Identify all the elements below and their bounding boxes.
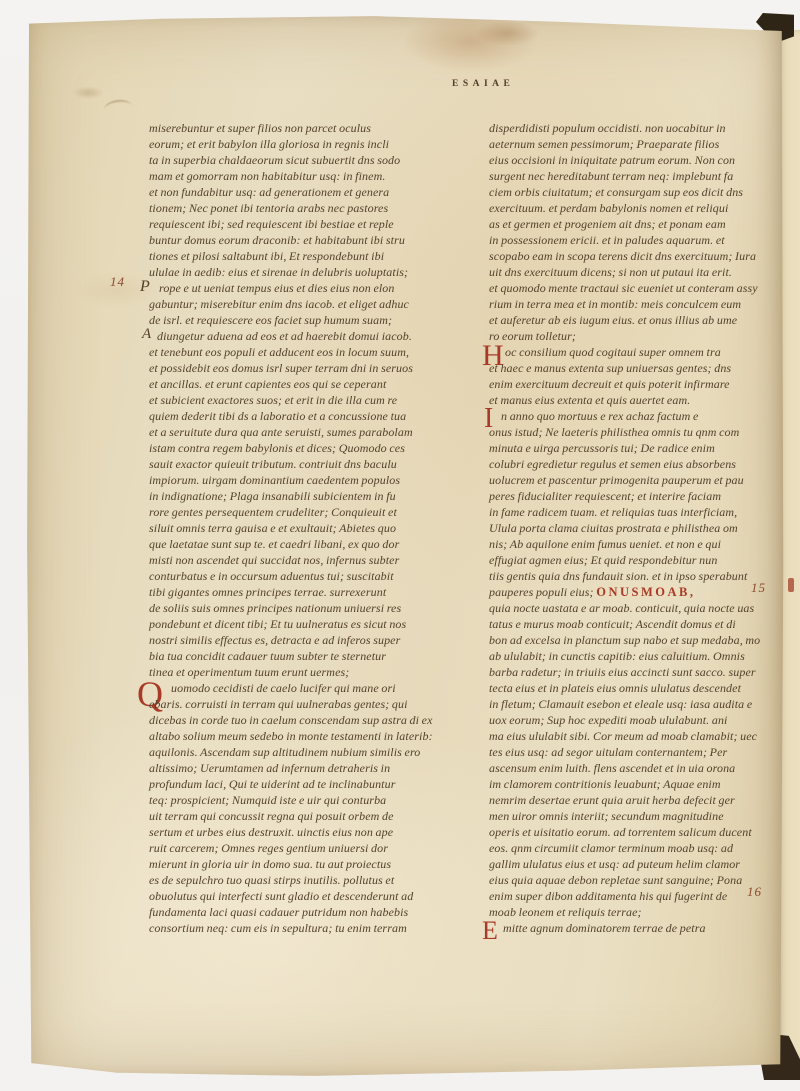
line-text: eos. qnm circumiit clamor terminum moab … <box>489 841 733 855</box>
manuscript-line: mam et gomorram non habitabitur usq: in … <box>149 168 485 184</box>
manuscript-line: quia nocte uastata e ar moab. conticuit,… <box>489 600 800 616</box>
line-text: uox eorum; Sup hoc expediti moab ululabu… <box>489 713 728 727</box>
manuscript-line: minuta e uirga percussoris tui; De radic… <box>489 440 800 456</box>
manuscript-line: in possessionem ericii. et in paludes aq… <box>489 232 800 248</box>
manuscript-line: men uiror omnis interiit; secundum magni… <box>489 808 800 824</box>
manuscript-line: ruit carcerem; Omnes reges gentium uniue… <box>149 840 485 856</box>
line-text: colubri egredietur regulus et semen eius… <box>489 457 736 471</box>
manuscript-line: onus istud; Ne laeteris philisthea omnis… <box>489 424 800 440</box>
manuscript-line: conturbatus e in occursum aduentus tui; … <box>149 568 485 584</box>
line-text: ma eius ululabit sibi. Cor meum ad moab … <box>489 729 757 743</box>
line-text: rore gentes persequentem crudeliter; Con… <box>149 505 397 519</box>
line-text: uit dns exercituum dicens; si non ut put… <box>489 265 732 279</box>
line-text: de isrl. et requiescere eos faciet sup h… <box>149 313 392 327</box>
drop-initial-p: P <box>140 279 150 295</box>
line-text: rope e ut ueniat tempus eius et dies eiu… <box>159 281 395 295</box>
line-text: mierunt in gloria uir in domo sua. tu au… <box>149 857 391 871</box>
manuscript-line: colubri egredietur regulus et semen eius… <box>489 456 800 472</box>
line-text: nis; Ab aquilone enim fumus ueniet. et n… <box>489 537 721 551</box>
manuscript-line: mierunt in gloria uir in domo sua. tu au… <box>149 856 485 872</box>
line-text: eius occisioni in iniquitate patrum eoru… <box>489 153 735 167</box>
running-header: ESAIAE <box>452 79 514 89</box>
manuscript-line: et a seruitute dura qua ante seruisti, s… <box>149 424 485 440</box>
manuscript-line: in indignatione; Plaga insanabili subici… <box>149 488 485 504</box>
line-text: pondebunt et dicent tibi; Et tu uulnerat… <box>149 617 406 631</box>
line-text: ruit carcerem; Omnes reges gentium uniue… <box>149 841 388 855</box>
line-text: n anno quo mortuus e rex achaz factum e <box>501 409 698 423</box>
line-text: in fame radicem tuam. et reliquias tuas … <box>489 505 737 519</box>
line-text: tionem; Nec ponet ibi tentoria arabs nec… <box>149 201 388 215</box>
manuscript-line: Hoc consilium quod cogitaui super omnem … <box>489 344 800 360</box>
manuscript-line: sauit exactor quieuit tributum. contriui… <box>149 456 485 472</box>
line-text: aeternum semen pessimorum; Praeparate fi… <box>489 137 719 151</box>
manuscript-line: nostri similis effectus es, detracta e a… <box>149 632 485 648</box>
manuscript-line: et subicient exactores suos; et erit in … <box>149 392 485 408</box>
manuscript-line: exercituum. et perdam babylonis nomen et… <box>489 200 800 216</box>
line-text: enim super dibon additamenta his qui fug… <box>489 889 727 903</box>
line-text: onus istud; Ne laeteris philisthea omnis… <box>489 425 739 439</box>
line-text: ebaris. corruisti in terram qui uulnerab… <box>149 697 408 711</box>
manuscript-line: ululae in aedib: eius et sirenae in delu… <box>149 264 485 280</box>
line-text: tiis gentis quia dns fundauit sion. et i… <box>489 569 747 583</box>
line-text: minuta e uirga percussoris tui; De radic… <box>489 441 715 455</box>
line-text: enim exercituum decreuit et quis poterit… <box>489 377 730 391</box>
manuscript-line: uit dns exercituum dicens; si non ut put… <box>489 264 800 280</box>
line-text: operis et uisitatio eorum. ad torrentem … <box>489 825 752 839</box>
line-text: altabo solium meum sedebo in monte testa… <box>149 729 433 743</box>
manuscript-line: Emitte agnum dominatorem terrae de petra <box>489 920 800 936</box>
manuscript-line: Quomodo cecidisti de caelo lucifer qui m… <box>149 680 485 696</box>
manuscript-line: altabo solium meum sedebo in monte testa… <box>149 728 485 744</box>
manuscript-line: uox eorum; Sup hoc expediti moab ululabu… <box>489 712 800 728</box>
manuscript-line: disperdidisti populum occidisti. non uoc… <box>489 120 800 136</box>
manuscript-line: obuolutus qui interfecti sunt gladio et … <box>149 888 485 904</box>
manuscript-line: eius occisioni in iniquitate patrum eoru… <box>489 152 800 168</box>
manuscript-line: misti non ascendet qui succidat nos, inf… <box>149 552 485 568</box>
manuscript-line: istam contra regem babylonis et dices; Q… <box>149 440 485 456</box>
line-text: rium in terra mea et in montib: meis con… <box>489 297 741 311</box>
line-text: tatus e murus moab conticuit; Ascendit d… <box>489 617 736 631</box>
line-text: eius quia aquae debon repletae sunt sang… <box>489 873 742 887</box>
manuscript-line: que laetatae sunt sup te. et caedri liba… <box>149 536 485 552</box>
line-text: in fletum; Clamauit esebon et eleale usq… <box>489 697 752 711</box>
line-text: miserebuntur et super filios non parcet … <box>149 121 371 135</box>
manuscript-line: Prope e ut ueniat tempus eius et dies ei… <box>149 280 485 296</box>
line-text: men uiror omnis interiit; secundum magni… <box>489 809 724 823</box>
manuscript-line: nis; Ab aquilone enim fumus ueniet. et n… <box>489 536 800 552</box>
manuscript-line: effugiat agmen eius; Et quid respondebit… <box>489 552 800 568</box>
line-text: quia nocte uastata e ar moab. conticuit,… <box>489 601 754 615</box>
line-text: tecta eius et in plateis eius omnis ulul… <box>489 681 741 695</box>
manuscript-line: in fame radicem tuam. et reliquias tuas … <box>489 504 800 520</box>
manuscript-line: in fletum; Clamauit esebon et eleale usq… <box>489 696 800 712</box>
line-text: uolucrem et pascentur primogenita pauper… <box>489 473 744 487</box>
line-text: misti non ascendet qui succidat nos, inf… <box>149 553 399 567</box>
line-text: gabuntur; miserebitur enim dns iacob. et… <box>149 297 409 311</box>
line-text: im clamorem contritionis leuabunt; Aquae… <box>489 777 721 791</box>
manuscript-line: In anno quo mortuus e rex achaz factum e <box>489 408 800 424</box>
line-text: surgent nec hereditabunt terram neq: imp… <box>489 169 733 183</box>
line-text: et possidebit eos domus isrl super terra… <box>149 361 413 375</box>
manuscript-line: et auferetur ab eis iugum eius. et onus … <box>489 312 800 328</box>
manuscript-line: Ulula porta clama ciuitas prostrata e ph… <box>489 520 800 536</box>
line-text: impiorum. uirgam dominantium caedentem p… <box>149 473 400 487</box>
line-text: teq: prospicient; Numquid iste e uir qui… <box>149 793 386 807</box>
manuscript-line: teq: prospicient; Numquid iste e uir qui… <box>149 792 485 808</box>
manuscript-line: ciem orbis ciuitatum; et consurgam sup e… <box>489 184 800 200</box>
manuscript-line: rium in terra mea et in montib: meis con… <box>489 296 800 312</box>
line-text: ascensum enim luith. flens ascendet et i… <box>489 761 735 775</box>
manuscript-line: barba radetur; in triuiis eius accincti … <box>489 664 800 680</box>
manuscript-line: as et germen et progeniem ait dns; et po… <box>489 216 800 232</box>
manuscript-line: et ancillas. et erunt capientes eos qui … <box>149 376 485 392</box>
manuscript-line: bia tua concidit cadauer tuum subter te … <box>149 648 485 664</box>
line-text: as et germen et progeniem ait dns; et po… <box>489 217 726 231</box>
manuscript-line: tibi gigantes omnes principes terrae. su… <box>149 584 485 600</box>
manuscript-line: eos. qnm circumiit clamor terminum moab … <box>489 840 800 856</box>
line-text: siluit omnis terra gauisa e et exultauit… <box>149 521 396 535</box>
manuscript-line: ebaris. corruisti in terram qui uulnerab… <box>149 696 485 712</box>
line-text: sertum et urbes eius destruxit. uinctis … <box>149 825 393 839</box>
line-text: effugiat agmen eius; Et quid respondebit… <box>489 553 717 567</box>
line-text: aquilonis. Ascendam sup altitudinem nubi… <box>149 745 420 759</box>
line-text: eorum; et erit babylon illa gloriosa in … <box>149 137 389 151</box>
line-text: diungetur aduena ad eos et ad haerebit d… <box>157 329 412 343</box>
manuscript-line: gallim ululatus eius et usq: ad puteum h… <box>489 856 800 872</box>
line-text: peres fiducialiter requiescent; et inter… <box>489 489 721 503</box>
line-text: et ancillas. et erunt capientes eos qui … <box>149 377 386 391</box>
line-text: ciem orbis ciuitatum; et consurgam sup e… <box>489 185 743 199</box>
manuscript-line: ab ululabit; in cunctis capitib: eius ca… <box>489 648 800 664</box>
manuscript-line: et quomodo mente tractaui sic eueniet ut… <box>489 280 800 296</box>
line-text: gallim ululatus eius et usq: ad puteum h… <box>489 857 740 871</box>
right-text-column: disperdidisti populum occidisti. non uoc… <box>489 120 800 936</box>
manuscript-line: im clamorem contritionis leuabunt; Aquae… <box>489 776 800 792</box>
line-text: istam contra regem babylonis et dices; Q… <box>149 441 405 455</box>
manuscript-line: consortium neq: cum eis in sepultura; tu… <box>149 920 485 936</box>
line-text: ab ululabit; in cunctis capitib: eius ca… <box>489 649 745 663</box>
manuscript-line: altissimo; Uerumtamen ad infernum detrah… <box>149 760 485 776</box>
manuscript-line: tinea et operimentum tuum erunt uermes; <box>149 664 485 680</box>
manuscript-line: de soliis suis omnes principes nationum … <box>149 600 485 616</box>
manuscript-line: enim exercituum decreuit et quis poterit… <box>489 376 800 392</box>
line-text: bia tua concidit cadauer tuum subter te … <box>149 649 386 663</box>
rubric-text: ONUSMOAB, <box>596 585 695 599</box>
manuscript-line: ta in superbia chaldaeorum sicut subuert… <box>149 152 485 168</box>
line-text: tinea et operimentum tuum erunt uermes; <box>149 665 349 679</box>
line-text: buntur domus eorum draconib: et habitabu… <box>149 233 405 247</box>
manuscript-line: et non fundabitur usq: ad generationem e… <box>149 184 485 200</box>
manuscript-line: de isrl. et requiescere eos faciet sup h… <box>149 312 485 328</box>
line-text: et subicient exactores suos; et erit in … <box>149 393 397 407</box>
line-text: et quomodo mente tractaui sic eueniet ut… <box>489 281 758 295</box>
line-text: que laetatae sunt sup te. et caedri liba… <box>149 537 399 551</box>
manuscript-line: eorum; et erit babylon illa gloriosa in … <box>149 136 485 152</box>
line-text: obuolutus qui interfecti sunt gladio et … <box>149 889 413 903</box>
manuscript-line: tionem; Nec ponet ibi tentoria arabs nec… <box>149 200 485 216</box>
manuscript-line: Adiungetur aduena ad eos et ad haerebit … <box>149 328 485 344</box>
manuscript-line: fundamenta laci quasi cadauer putridum n… <box>149 904 485 920</box>
line-text: mam et gomorram non habitabitur usq: in … <box>149 169 385 183</box>
line-text: fundamenta laci quasi cadauer putridum n… <box>149 905 408 919</box>
drop-initial-a: A <box>142 327 151 342</box>
line-text: requiescent ibi; sed requiescent ibi bes… <box>149 217 394 231</box>
manuscript-line: tecta eius et in plateis eius omnis ulul… <box>489 680 800 696</box>
line-text: nemrim desertae erunt quia aruit herba d… <box>489 793 735 807</box>
line-text: quiem dederit tibi ds a laboratio et a c… <box>149 409 406 423</box>
manuscript-line: et haec e manus extenta sup uniuersas ge… <box>489 360 800 376</box>
line-text: et auferetur ab eis iugum eius. et onus … <box>489 313 737 327</box>
line-text: moab leonem et reliquis terrae; <box>489 905 642 919</box>
manuscript-line: aeternum semen pessimorum; Praeparate fi… <box>489 136 800 152</box>
line-text: ta in superbia chaldaeorum sicut subuert… <box>149 153 400 167</box>
manuscript-line: et tenebunt eos populi et adducent eos i… <box>149 344 485 360</box>
line-text: et non fundabitur usq: ad generationem e… <box>149 185 389 199</box>
manuscript-line: buntur domus eorum draconib: et habitabu… <box>149 232 485 248</box>
manuscript-line: bon ad excelsa in planctum sup nabo et s… <box>489 632 800 648</box>
manuscript-line: tatus e murus moab conticuit; Ascendit d… <box>489 616 800 632</box>
line-text: sauit exactor quieuit tributum. contriui… <box>149 457 397 471</box>
manuscript-line: nemrim desertae erunt quia aruit herba d… <box>489 792 800 808</box>
manuscript-line: rore gentes persequentem crudeliter; Con… <box>149 504 485 520</box>
manuscript-line: dicebas in corde tuo in caelum conscenda… <box>149 712 485 728</box>
line-text: et a seruitute dura qua ante seruisti, s… <box>149 425 413 439</box>
manuscript-line: pondebunt et dicent tibi; Et tu uulnerat… <box>149 616 485 632</box>
manuscript-line: ma eius ululabit sibi. Cor meum ad moab … <box>489 728 800 744</box>
line-text: et tenebunt eos populi et adducent eos i… <box>149 345 409 359</box>
manuscript-line: moab leonem et reliquis terrae; <box>489 904 800 920</box>
left-text-column: miserebuntur et super filios non parcet … <box>149 120 485 936</box>
manuscript-line: quiem dederit tibi ds a laboratio et a c… <box>149 408 485 424</box>
manuscript-line: tiones et pilosi saltabunt ibi, Et respo… <box>149 248 485 264</box>
line-text: bon ad excelsa in planctum sup nabo et s… <box>489 633 760 647</box>
line-text: profundum laci, Qui te uiderint ad te in… <box>149 777 395 791</box>
manuscript-line: et manus eius extenta et quis auertet ea… <box>489 392 800 408</box>
line-text: tibi gigantes omnes principes terrae. su… <box>149 585 386 599</box>
line-text: barba radetur; in triuiis eius accincti … <box>489 665 756 679</box>
line-text: mitte agnum dominatorem terrae de petra <box>503 921 706 935</box>
line-text: ululae in aedib: eius et sirenae in delu… <box>149 265 408 279</box>
line-text: nostri similis effectus es, detracta e a… <box>149 633 400 647</box>
manuscript-line: impiorum. uirgam dominantium caedentem p… <box>149 472 485 488</box>
line-text: et haec e manus extenta sup uniuersas ge… <box>489 361 731 375</box>
pencil-scribble-mark <box>103 98 133 118</box>
manuscript-line: miserebuntur et super filios non parcet … <box>149 120 485 136</box>
manuscript-line: requiescent ibi; sed requiescent ibi bes… <box>149 216 485 232</box>
manuscript-line: peres fiducialiter requiescent; et inter… <box>489 488 800 504</box>
drop-initial-e: E <box>482 918 498 944</box>
line-text: in indignatione; Plaga insanabili subici… <box>149 489 396 503</box>
line-text: oc consilium quod cogitaui super omnem t… <box>505 345 721 359</box>
line-text: es de sepulchro tuo quasi stirps inutili… <box>149 873 394 887</box>
line-text: consortium neq: cum eis in sepultura; tu… <box>149 921 407 935</box>
manuscript-line: et possidebit eos domus isrl super terra… <box>149 360 485 376</box>
manuscript-photo: ESAIAE miserebuntur et super filios non … <box>0 0 800 1091</box>
manuscript-line: operis et uisitatio eorum. ad torrentem … <box>489 824 800 840</box>
line-text: altissimo; Uerumtamen ad infernum detrah… <box>149 761 390 775</box>
manuscript-line: ro eorum tolletur; <box>489 328 800 344</box>
manuscript-line: uit terram qui concussit regna qui posui… <box>149 808 485 824</box>
line-text: dicebas in corde tuo in caelum conscenda… <box>149 713 433 727</box>
line-text: disperdidisti populum occidisti. non uoc… <box>489 121 726 135</box>
line-text: tes eius usq: ad segor uitulam conternan… <box>489 745 727 759</box>
manuscript-line: profundum laci, Qui te uiderint ad te in… <box>149 776 485 792</box>
manuscript-line: uolucrem et pascentur primogenita pauper… <box>489 472 800 488</box>
manuscript-line: es de sepulchro tuo quasi stirps inutili… <box>149 872 485 888</box>
chapter-number-16: 16 <box>747 884 762 900</box>
line-text: in possessionem ericii. et in paludes aq… <box>489 233 725 247</box>
manuscript-line: siluit omnis terra gauisa e et exultauit… <box>149 520 485 536</box>
manuscript-line: tes eius usq: ad segor uitulam conternan… <box>489 744 800 760</box>
manuscript-line: surgent nec hereditabunt terram neq: imp… <box>489 168 800 184</box>
chapter-number-15: 15 <box>751 580 766 596</box>
manuscript-line: sertum et urbes eius destruxit. uinctis … <box>149 824 485 840</box>
manuscript-line: aquilonis. Ascendam sup altitudinem nubi… <box>149 744 485 760</box>
line-text: uomodo cecidisti de caelo lucifer qui ma… <box>171 681 396 695</box>
line-text: exercituum. et perdam babylonis nomen et… <box>489 201 728 215</box>
line-text: scopabo eam in scopa terens dicit dns ex… <box>489 249 756 263</box>
line-text: conturbatus e in occursum aduentus tui; … <box>149 569 394 583</box>
chapter-number-14: 14 <box>110 274 125 290</box>
line-text: pauperes populi eius; <box>489 585 596 599</box>
line-text: Ulula porta clama ciuitas prostrata e ph… <box>489 521 738 535</box>
manuscript-line: gabuntur; miserebitur enim dns iacob. et… <box>149 296 485 312</box>
manuscript-line: ascensum enim luith. flens ascendet et i… <box>489 760 800 776</box>
line-text: et manus eius extenta et quis auertet ea… <box>489 393 690 407</box>
manuscript-line: scopabo eam in scopa terens dicit dns ex… <box>489 248 800 264</box>
line-text: tiones et pilosi saltabunt ibi, Et respo… <box>149 249 384 263</box>
line-text: uit terram qui concussit regna qui posui… <box>149 809 394 823</box>
line-text: de soliis suis omnes principes nationum … <box>149 601 401 615</box>
